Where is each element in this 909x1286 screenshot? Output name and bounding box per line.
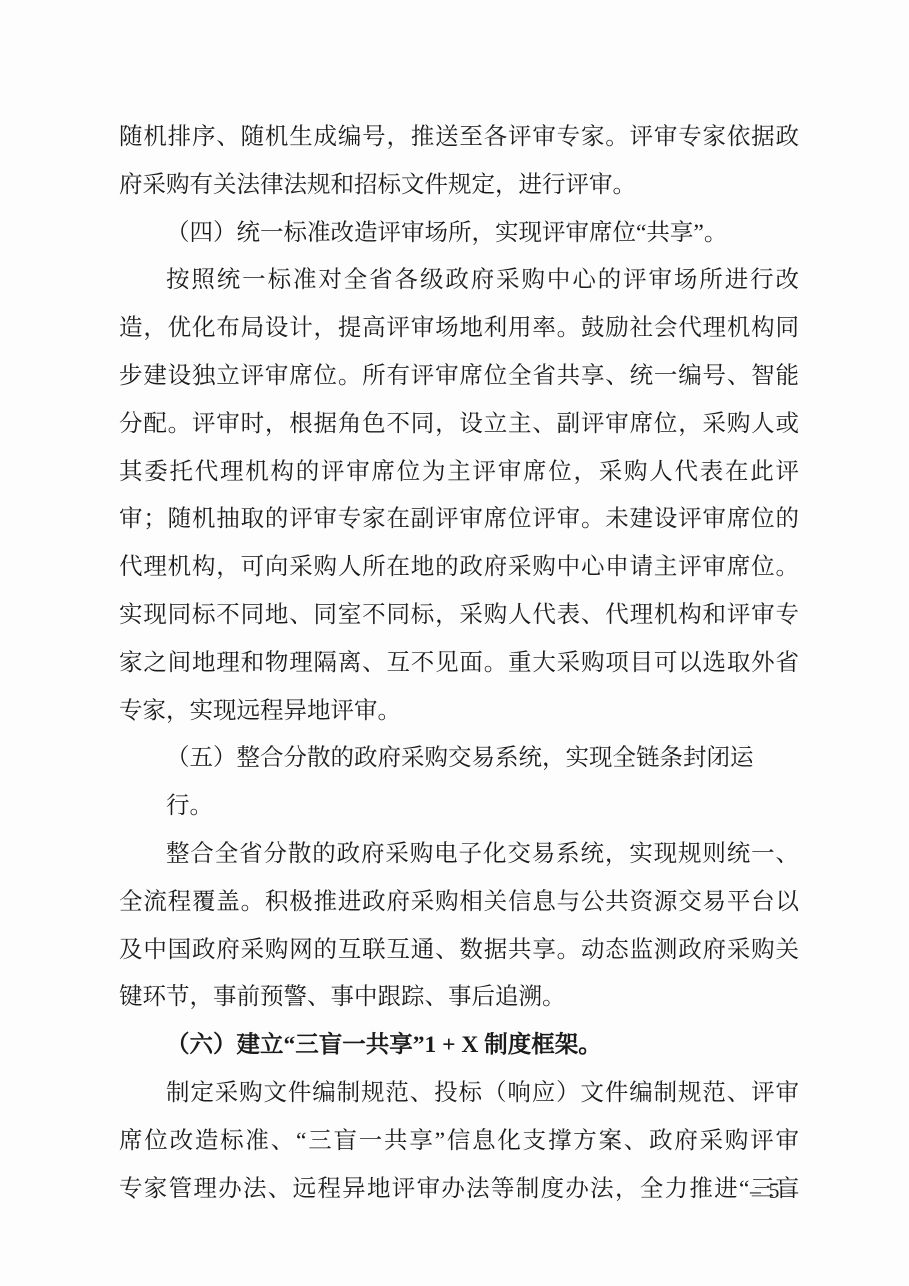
document-page: 随机排序、随机生成编号，推送至各评审专家。评审专家依据政府采购有关法律法规和招标…: [0, 0, 909, 1286]
document-line: 审；随机抽取的评审专家在副评审席位评审。未建设评审席位的: [119, 496, 799, 544]
section-heading-line: （四）统一标准改造评审场所，实现评审席位“共享”。: [119, 210, 799, 258]
document-line: 家之间地理和物理隔离、互不见面。重大采购项目可以选取外省: [119, 640, 799, 688]
document-line: 步建设独立评审席位。所有评审席位全省共享、统一编号、智能: [119, 353, 799, 401]
document-line: 府采购有关法律法规和招标文件规定，进行评审。: [119, 162, 799, 210]
document-line: 全流程覆盖。积极推进政府采购相关信息与公共资源交易平台以: [119, 879, 799, 927]
section-heading-line: （五）整合分散的政府采购交易系统，实现全链条封闭运行。: [119, 735, 799, 831]
section-heading-line: （六）建立“三盲一共享”1 + X 制度框架。: [119, 1022, 799, 1070]
document-line: 实现同标不同地、同室不同标，采购人代表、代理机构和评审专: [119, 592, 799, 640]
document-line: 随机排序、随机生成编号，推送至各评审专家。评审专家依据政: [119, 114, 799, 162]
document-line: 专家，实现远程异地评审。: [119, 688, 799, 736]
document-line: 键环节，事前预警、事中跟踪、事后追溯。: [119, 974, 799, 1022]
document-line: 按照统一标准对全省各级政府采购中心的评审场所进行改: [119, 257, 799, 305]
document-line: 专家管理办法、远程异地评审办法等制度办法，全力推进“三盲: [119, 1166, 799, 1214]
document-line: 制定采购文件编制规范、投标（响应）文件编制规范、评审: [119, 1070, 799, 1118]
document-line: 整合全省分散的政府采购电子化交易系统，实现规则统一、: [119, 831, 799, 879]
document-body: 随机排序、随机生成编号，推送至各评审专家。评审专家依据政府采购有关法律法规和招标…: [119, 114, 799, 1213]
document-line: 代理机构，可向采购人所在地的政府采购中心申请主评审席位。: [119, 544, 799, 592]
document-line: 分配。评审时，根据角色不同，设立主、副评审席位，采购人或: [119, 401, 799, 449]
document-line: 其委托代理机构的评审席位为主评审席位，采购人代表在此评: [119, 449, 799, 497]
page-number: – 5 –: [750, 1176, 799, 1206]
document-line: 造，优化布局设计，提高评审场地利用率。鼓励社会代理机构同: [119, 305, 799, 353]
document-line: 及中国政府采购网的互联互通、数据共享。动态监测政府采购关: [119, 927, 799, 975]
document-line: 席位改造标准、“三盲一共享”信息化支撑方案、政府采购评审: [119, 1118, 799, 1166]
